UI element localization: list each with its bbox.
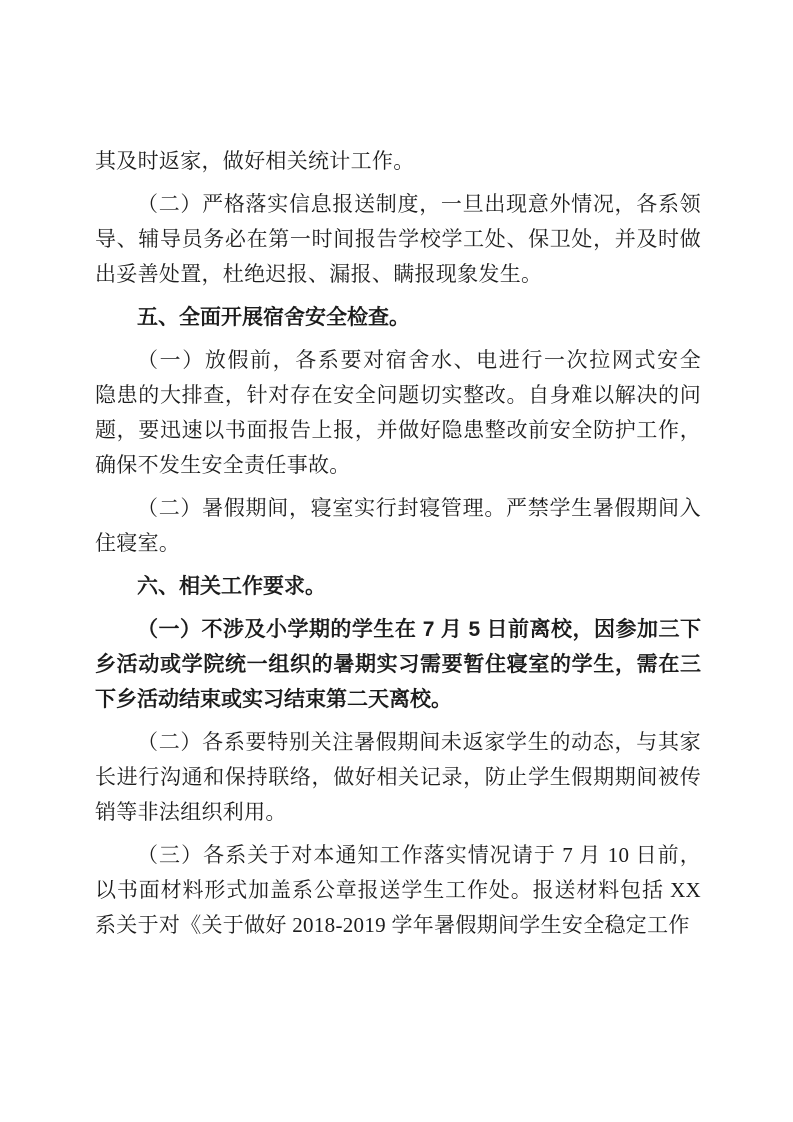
paragraph: （一）不涉及小学期的学生在 7 月 5 日前离校，因参加三下乡活动或学院统一组织… (95, 612, 701, 717)
text-line: 六、相关工作要求。 (95, 569, 701, 604)
text-line: 以书面材料形式加盖系公章报送学生工作处。报送材料包括 XX (95, 873, 701, 908)
paragraph: 其及时返家，做好相关统计工作。 (95, 144, 701, 179)
text-line: 其及时返家，做好相关统计工作。 (95, 144, 701, 179)
text-line: 题，要迅速以书面报告上报，并做好隐患整改前安全防护工作， (95, 413, 701, 448)
text-line: 隐患的大排查，针对存在安全问题切实整改。自身难以解决的问 (95, 378, 701, 413)
text-line: （二）各系要特别关注暑假期间未返家学生的动态，与其家 (95, 725, 701, 760)
text-line: 五、全面开展宿舍安全检查。 (95, 300, 701, 335)
text-line: （三）各系关于对本通知工作落实情况请于 7 月 10 日前， (95, 838, 701, 873)
text-line: 出妥善处置，杜绝迟报、漏报、瞒报现象发生。 (95, 257, 701, 292)
text-line: 确保不发生安全责任事故。 (95, 448, 701, 483)
section-heading: 五、全面开展宿舍安全检查。 (95, 300, 701, 335)
section-heading: 六、相关工作要求。 (95, 569, 701, 604)
paragraph: （二）各系要特别关注暑假期间未返家学生的动态，与其家长进行沟通和保持联络，做好相… (95, 725, 701, 830)
text-line: 系关于对《关于做好 2018-2019 学年暑假期间学生安全稳定工作 (95, 908, 701, 943)
text-line: 销等非法组织利用。 (95, 795, 701, 830)
text-line: 乡活动或学院统一组织的暑期实习需要暂住寝室的学生，需在三 (95, 647, 701, 682)
paragraph: （三）各系关于对本通知工作落实情况请于 7 月 10 日前，以书面材料形式加盖系… (95, 838, 701, 943)
page-content: 其及时返家，做好相关统计工作。（二）严格落实信息报送制度，一旦出现意外情况，各系… (95, 144, 701, 943)
document-page: 其及时返家，做好相关统计工作。（二）严格落实信息报送制度，一旦出现意外情况，各系… (0, 0, 793, 1122)
text-line: 长进行沟通和保持联络，做好相关记录，防止学生假期期间被传 (95, 760, 701, 795)
paragraph: （一）放假前，各系要对宿舍水、电进行一次拉网式安全隐患的大排查，针对存在安全问题… (95, 343, 701, 483)
text-line: 住寝室。 (95, 526, 701, 561)
paragraph: （二）严格落实信息报送制度，一旦出现意外情况，各系领导、辅导员务必在第一时间报告… (95, 187, 701, 292)
text-line: （二）严格落实信息报送制度，一旦出现意外情况，各系领 (95, 187, 701, 222)
text-line: （一）不涉及小学期的学生在 7 月 5 日前离校，因参加三下 (95, 612, 701, 647)
text-line: （一）放假前，各系要对宿舍水、电进行一次拉网式安全 (95, 343, 701, 378)
text-line: 下乡活动结束或实习结束第二天离校。 (95, 682, 701, 717)
paragraph: （二）暑假期间，寝室实行封寝管理。严禁学生暑假期间入住寝室。 (95, 491, 701, 561)
text-line: （二）暑假期间，寝室实行封寝管理。严禁学生暑假期间入 (95, 491, 701, 526)
text-line: 导、辅导员务必在第一时间报告学校学工处、保卫处，并及时做 (95, 222, 701, 257)
